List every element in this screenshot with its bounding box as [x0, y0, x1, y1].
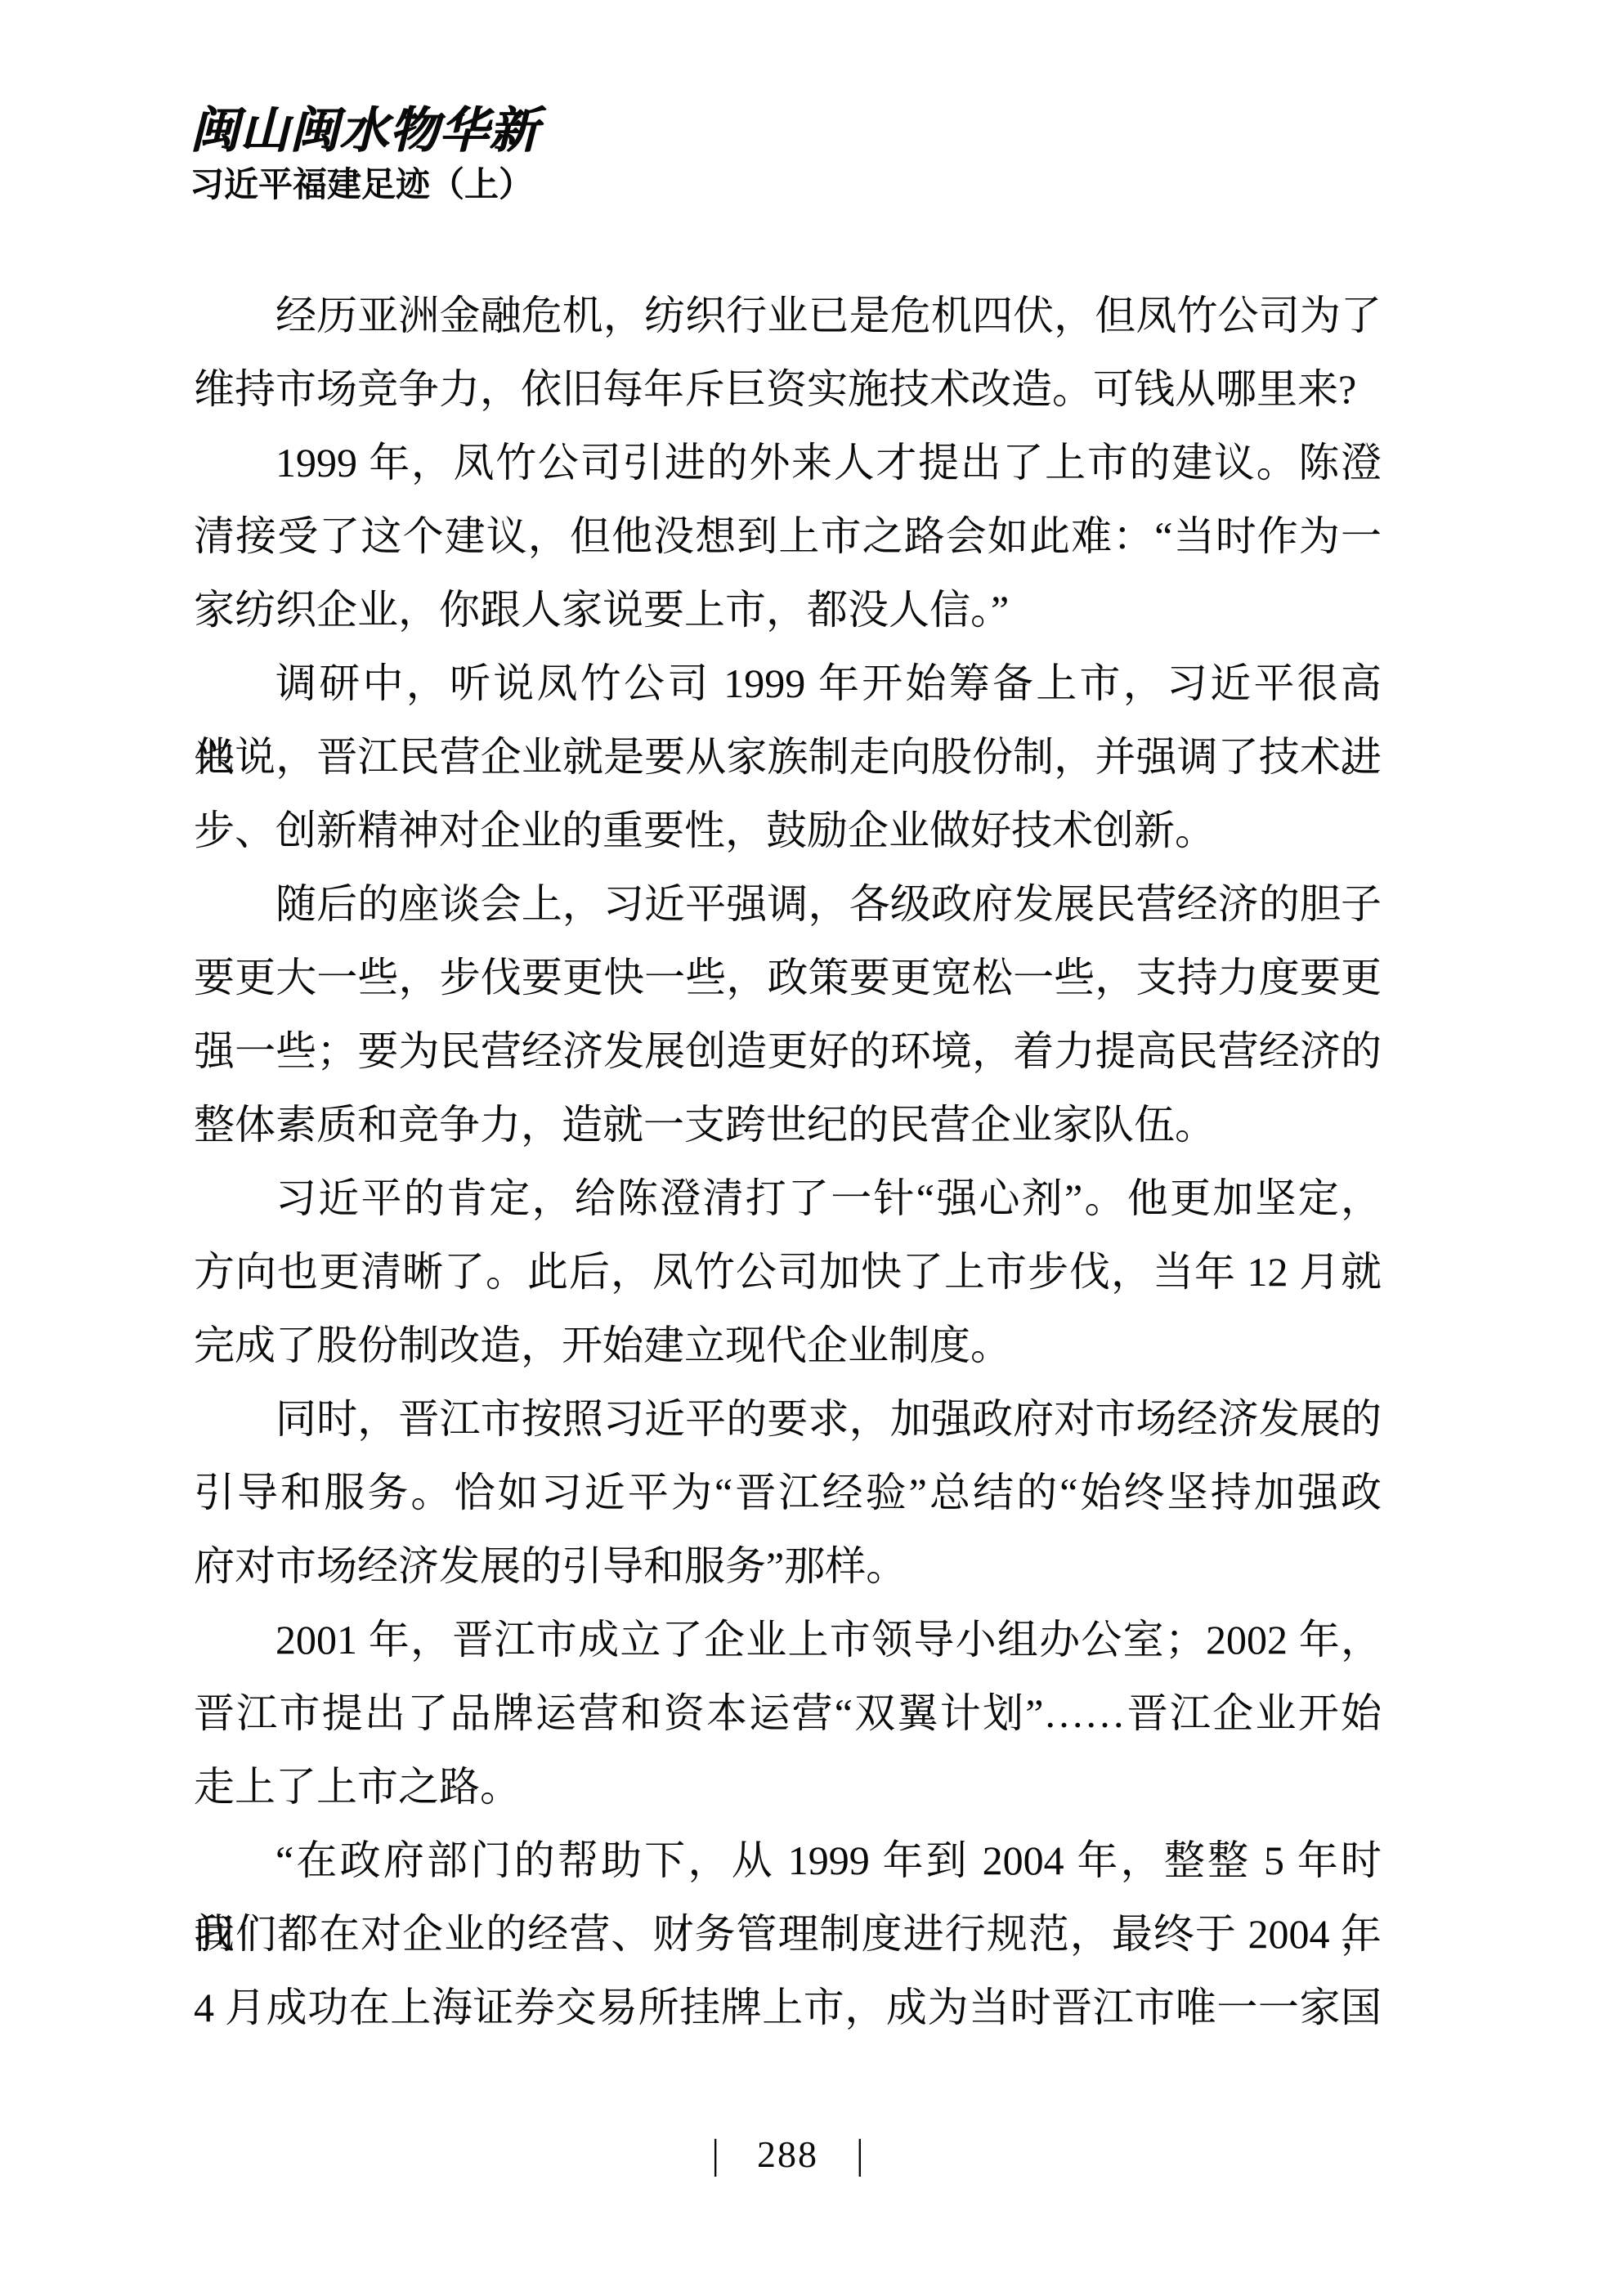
- text-line: 同时，晋江市按照习近平的要求，加强政府对市场经济发展的: [194, 1382, 1382, 1456]
- text-line: 1999 年，凤竹公司引进的外来人才提出了上市的建议。陈澄: [194, 426, 1382, 499]
- text-line: “在政府部门的帮助下，从 1999 年到 2004 年，整整 5 年时间，: [194, 1824, 1382, 1897]
- text-line: 步、创新精神对企业的重要性，鼓励企业做好技术创新。: [194, 794, 1382, 867]
- body-text: 经历亚洲金融危机，纺织行业已是危机四伏，但凤竹公司为了 维持市场竞争力，依旧每年…: [194, 279, 1382, 2044]
- text-line: 习近平的肯定，给陈澄清打了一针“强心剂”。他更加坚定，: [194, 1161, 1382, 1235]
- text-line: 清接受了这个建议，但他没想到上市之路会如此难：“当时作为一: [194, 499, 1382, 573]
- folio-bar-right: |: [856, 2130, 864, 2177]
- text-line: 整体素质和竞争力，造就一支跨世纪的民营企业家队伍。: [194, 1088, 1382, 1161]
- text-line: 我们都在对企业的经营、财务管理制度进行规范，最终于 2004 年: [194, 1897, 1382, 1971]
- page-footer: | 288 |: [194, 2128, 1382, 2180]
- page-number: 288: [757, 2133, 818, 2176]
- text-line: 家纺织企业，你跟人家说要上市，都没人信。”: [194, 573, 1382, 647]
- text-line: 他说，晋江民营企业就是要从家族制走向股份制，并强调了技术进: [194, 720, 1382, 794]
- text-line: 引导和服务。恰如习近平为“晋江经验”总结的“始终坚持加强政: [194, 1456, 1382, 1529]
- book-subtitle: 习近平福建足迹（上）: [190, 165, 762, 206]
- text-line: 调研中，听说凤竹公司 1999 年开始筹备上市，习近平很高兴。: [194, 647, 1382, 720]
- text-line: 强一些；要为民营经济发展创造更好的环境，着力提高民营经济的: [194, 1014, 1382, 1088]
- text-line: 府对市场经济发展的引导和服务”那样。: [194, 1529, 1382, 1603]
- text-line: 要更大一些，步伐要更快一些，政策要更宽松一些，支持力度要更: [194, 941, 1382, 1014]
- text-line: 维持市场竞争力，依旧每年斥巨资实施技术改造。可钱从哪里来?: [194, 352, 1382, 426]
- text-line: 晋江市提出了品牌运营和资本运营“双翼计划”……晋江企业开始: [194, 1676, 1382, 1750]
- text-line: 随后的座谈会上，习近平强调，各级政府发展民营经济的胆子: [194, 867, 1382, 941]
- folio-bar-left: |: [711, 2130, 719, 2177]
- book-title-calligraphy: 闽山闽水物华新: [190, 100, 762, 162]
- text-line: 走上了上市之路。: [194, 1750, 1382, 1824]
- running-head: 闽山闽水物华新 习近平福建足迹（上）: [190, 100, 762, 206]
- text-line: 完成了股份制改造，开始建立现代企业制度。: [194, 1309, 1382, 1382]
- text-line: 方向也更清晰了。此后，凤竹公司加快了上市步伐，当年 12 月就: [194, 1235, 1382, 1309]
- book-page: 闽山闽水物华新 习近平福建足迹（上） 经历亚洲金融危机，纺织行业已是危机四伏，但…: [0, 0, 1617, 2296]
- text-line: 2001 年，晋江市成立了企业上市领导小组办公室；2002 年，: [194, 1603, 1382, 1676]
- text-line: 4 月成功在上海证券交易所挂牌上市，成为当时晋江市唯一一家国: [194, 1971, 1382, 2044]
- text-line: 经历亚洲金融危机，纺织行业已是危机四伏，但凤竹公司为了: [194, 279, 1382, 352]
